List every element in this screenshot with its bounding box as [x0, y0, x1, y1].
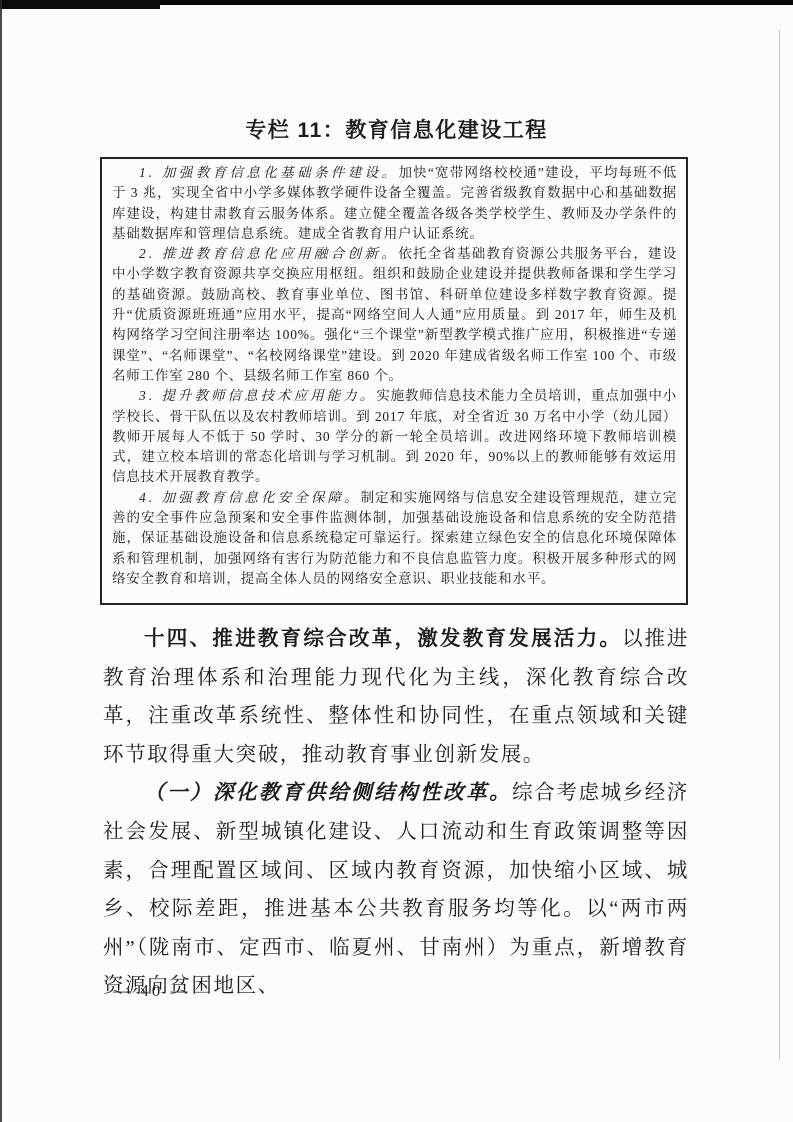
box-paragraph-1: 1. 加强教育信息化基础条件建设。加快“宽带网络校校通”建设，平均每班不低于 3…: [112, 163, 677, 244]
document-page: 专栏 11：教育信息化建设工程 1. 加强教育信息化基础条件建设。加快“宽带网络…: [0, 0, 793, 1122]
box-paragraph-2-lead: 2. 推进教育信息化应用融合创新。: [139, 246, 398, 261]
subsection-1-body: 综合考虑城乡经济社会发展、新型城镇化建设、人口流动和生育政策调整等因素，合理配置…: [103, 782, 689, 997]
box-paragraph-4-lead: 4. 加强教育信息化安全保障。: [139, 490, 361, 505]
column-box-title: 专栏 11：教育信息化建设工程: [0, 114, 793, 144]
box-paragraph-4: 4. 加强教育信息化安全保障。制定和实施网络与信息安全建设管理规范，建立完善的安…: [112, 488, 677, 589]
box-paragraph-2-body: 依托全省基础教育资源公共服务平台，建设中小学数字教育资源共享交换应用枢纽。组织和…: [112, 246, 677, 383]
scan-artifact-right-edge: [779, 30, 780, 1060]
section-14-paragraph: 十四、推进教育综合改革，激发教育发展活力。以推进教育治理体系和治理能力现代化为主…: [103, 620, 689, 774]
page-number: — 40 —: [113, 981, 191, 1001]
box-paragraph-3: 3. 提升教师信息技术应用能力。实施教师信息技术能力全员培训，重点加强中小学校长…: [112, 386, 677, 487]
document-body: 十四、推进教育综合改革，激发教育发展活力。以推进教育治理体系和治理能力现代化为主…: [103, 620, 689, 1006]
box-paragraph-1-lead: 1. 加强教育信息化基础条件建设。: [139, 165, 398, 180]
scan-artifact-left-edge: [0, 0, 2, 1122]
box-paragraph-3-lead: 3. 提升教师信息技术应用能力。: [139, 388, 376, 403]
column-box: 1. 加强教育信息化基础条件建设。加快“宽带网络校校通”建设，平均每班不低于 3…: [100, 157, 688, 605]
section-14-heading: 十四、推进教育综合改革，激发教育发展活力。: [144, 627, 622, 650]
subsection-1-heading: （一）深化教育供给侧结构性改革。: [144, 782, 512, 804]
subsection-1-paragraph: （一）深化教育供给侧结构性改革。综合考虑城乡经济社会发展、新型城镇化建设、人口流…: [103, 774, 689, 1006]
box-paragraph-2: 2. 推进教育信息化应用融合创新。依托全省基础教育资源公共服务平台，建设中小学数…: [112, 244, 677, 386]
scan-artifact-top-left-bar: [0, 0, 160, 9]
